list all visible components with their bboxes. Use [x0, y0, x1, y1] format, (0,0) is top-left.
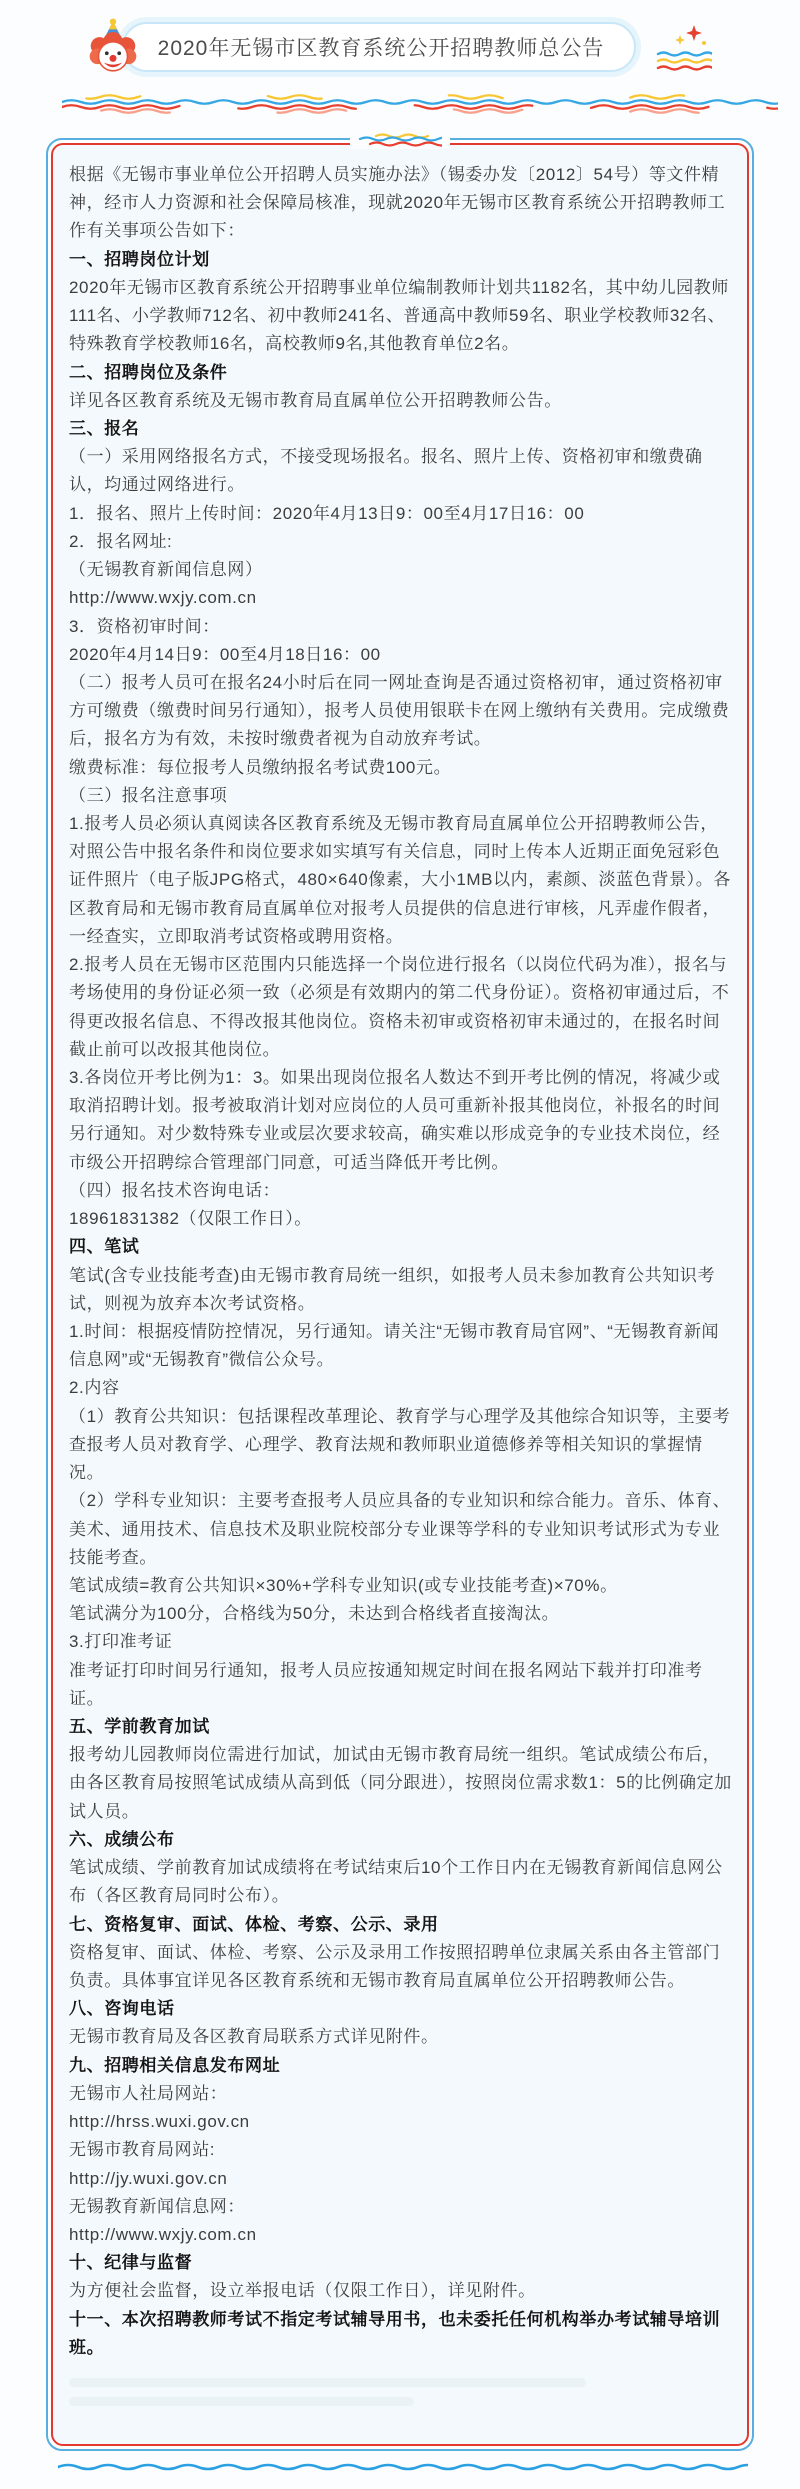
section-heading: 十、纪律与监督	[69, 2249, 732, 2277]
paragraph: 为方便社会监督，设立举报电话（仅限工作日），详见附件。	[69, 2277, 732, 2305]
article-header: 2020年无锡市区教育系统公开招聘教师总公告	[0, 0, 800, 80]
paragraph: 2020年4月14日9：00至4月18日16：00	[69, 641, 732, 669]
section-heading: 四、笔试	[69, 1233, 732, 1261]
paragraph: 1.报考人员必须认真阅读各区教育系统及无锡市教育局直属单位公开招聘教师公告，对照…	[69, 810, 732, 951]
wavy-divider-top	[62, 90, 800, 116]
section-heading: 二、招聘岗位及条件	[69, 359, 732, 387]
paragraph: 缴费标准：每位报考人员缴纳报名考试费100元。	[69, 754, 732, 782]
section-heading: 八、咨询电话	[69, 1995, 732, 2023]
paragraph: 2.内容	[69, 1374, 732, 1402]
paragraph: 笔试满分为100分，合格线为50分，未达到合格线者直接淘汰。	[69, 1600, 732, 1628]
wavy-divider-bottom	[58, 2457, 800, 2475]
paragraph: 3．资格初审时间：	[69, 613, 732, 641]
paragraph: （2）学科专业知识：主要考查报考人员应具备的专业知识和综合能力。音乐、体育、美术…	[69, 1487, 732, 1572]
paragraph: http://jy.wuxi.gov.cn	[69, 2165, 732, 2193]
faded-watermark-line	[69, 2397, 414, 2406]
faded-watermark-line	[69, 2378, 586, 2387]
paragraph: （四）报名技术咨询电话：	[69, 1177, 732, 1205]
paragraph: 无锡市人社局网站：	[69, 2080, 732, 2108]
sparkle-waves-icon	[642, 23, 712, 77]
paragraph: 十一、本次招聘教师考试不指定考试辅导用书，也未委托任何机构举办考试辅导培训班。	[69, 2306, 732, 2362]
paragraph: 3.打印准考证	[69, 1628, 732, 1656]
paragraph: 资格复审、面试、体检、考察、公示及录用工作按照招聘单位隶属关系由各主管部门负责。…	[69, 1939, 732, 1995]
paragraph: http://hrss.wuxi.gov.cn	[69, 2108, 732, 2136]
paragraph: 详见各区教育系统及无锡市教育局直属单位公开招聘教师公告。	[69, 387, 732, 415]
paragraph: 2．报名网址:	[69, 528, 732, 556]
paragraph: 笔试(含专业技能考查)由无锡市教育局统一组织，如报考人员未参加教育公共知识考试，…	[69, 1262, 732, 1318]
paragraph: （二）报考人员可在报名24小时后在同一网址查询是否通过资格初审，通过资格初审方可…	[69, 669, 732, 754]
paragraph: 18961831382（仅限工作日）。	[69, 1205, 732, 1233]
paragraph: 3.各岗位开考比例为1：3。如果出现岗位报名人数达不到开考比例的情况，将减少或取…	[69, 1064, 732, 1177]
paragraph: （1）教育公共知识：包括课程改革理论、教育学与心理学及其他综合知识等，主要考查报…	[69, 1403, 732, 1488]
paragraph: 1.时间：根据疫情防控情况，另行通知。请关注“无锡市教育局官网”、“无锡教育新闻…	[69, 1318, 732, 1374]
section-heading: 七、资格复审、面试、体检、考察、公示、录用	[69, 1911, 732, 1939]
content-box-inner: 根据《无锡市事业单位公开招聘人员实施办法》（锡委办发〔2012〕54号）等文件精…	[51, 143, 749, 2446]
clown-icon	[88, 18, 138, 76]
title-pill: 2020年无锡市区教育系统公开招聘教师总公告	[122, 22, 637, 72]
squiggle-icon	[350, 131, 450, 149]
paragraph: 笔试成绩=教育公共知识×30%+学科专业知识(或专业技能考查)×70%。	[69, 1572, 732, 1600]
section-heading: 三、报名	[69, 415, 732, 443]
faded-watermark	[69, 2378, 732, 2406]
paragraph: 报考幼儿园教师岗位需进行加试，加试由无锡市教育局统一组织。笔试成绩公布后，由各区…	[69, 1741, 732, 1826]
paragraph: 2.报考人员在无锡市区范围内只能选择一个岗位进行报名（以岗位代码为准），报名与考…	[69, 951, 732, 1064]
paragraph: 准考证打印时间另行通知，报考人员应按通知规定时间在报名网站下载并打印准考证。	[69, 1657, 732, 1713]
article-body: 根据《无锡市事业单位公开招聘人员实施办法》（锡委办发〔2012〕54号）等文件精…	[69, 161, 732, 2362]
paragraph: 2020年无锡市区教育系统公开招聘事业单位编制教师计划共1182名，其中幼儿园教…	[69, 274, 732, 359]
paragraph: 无锡教育新闻信息网：	[69, 2193, 732, 2221]
section-heading: 一、招聘岗位计划	[69, 246, 732, 274]
paragraph: http://www.wxjy.com.cn	[69, 584, 732, 612]
paragraph: 无锡市教育局网站:	[69, 2136, 732, 2164]
paragraph: （三）报名注意事项	[69, 782, 732, 810]
paragraph: 根据《无锡市事业单位公开招聘人员实施办法》（锡委办发〔2012〕54号）等文件精…	[69, 161, 732, 246]
paragraph: 1．报名、照片上传时间：2020年4月13日9：00至4月17日16：00	[69, 500, 732, 528]
paragraph: 笔试成绩、学前教育加试成绩将在考试结束后10个工作日内在无锡教育新闻信息网公布（…	[69, 1854, 732, 1910]
paragraph: 无锡市教育局及各区教育局联系方式详见附件。	[69, 2023, 732, 2051]
paragraph: （一）采用网络报名方式，不接受现场报名。报名、照片上传、资格初审和缴费确认，均通…	[69, 443, 732, 499]
section-heading: 五、学前教育加试	[69, 1713, 732, 1741]
paragraph: （无锡教育新闻信息网）	[69, 556, 732, 584]
section-heading: 九、招聘相关信息发布网址	[69, 2052, 732, 2080]
content-box: 根据《无锡市事业单位公开招聘人员实施办法》（锡委办发〔2012〕54号）等文件精…	[46, 138, 754, 2451]
announcement-page: 2020年无锡市区教育系统公开招聘教师总公告	[0, 0, 800, 2489]
page-title: 2020年无锡市区教育系统公开招聘教师总公告	[158, 32, 605, 62]
paragraph: http://www.wxjy.com.cn	[69, 2221, 732, 2249]
section-heading: 六、成绩公布	[69, 1826, 732, 1854]
